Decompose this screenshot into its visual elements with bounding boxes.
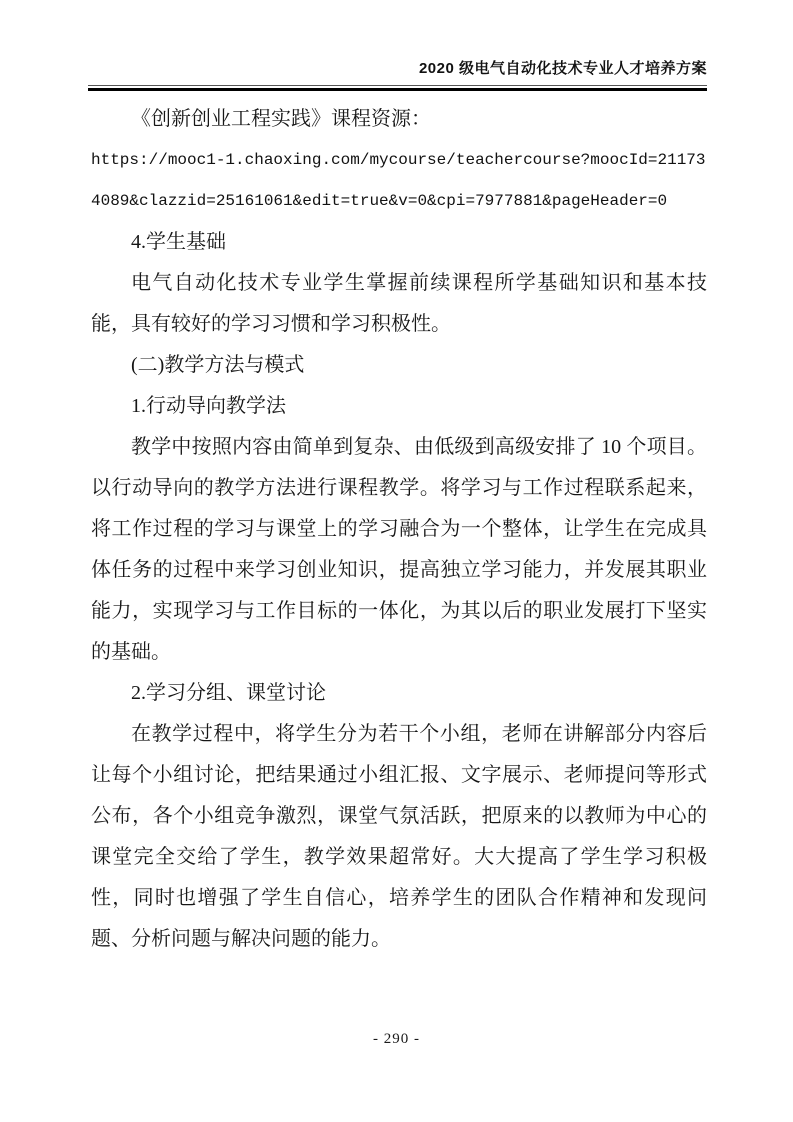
course-resource-label: 《创新创业工程实践》课程资源： [91, 99, 707, 140]
para-student-basis: 电气自动化技术专业学生掌握前续课程所学基础知识和基本技能，具有较好的学习习惯和学… [91, 263, 707, 345]
document-body: 《创新创业工程实践》课程资源：https://mooc1-1.chaoxing.… [91, 99, 707, 960]
course-url: https://mooc1-1.chaoxing.com/mycourse/te… [91, 140, 707, 222]
heading-group-discussion: 2.学习分组、课堂讨论 [91, 673, 707, 714]
heading-teaching-methods: (二)教学方法与模式 [91, 345, 707, 386]
header-divider-rule [88, 85, 707, 91]
running-header-title: 2020 级电气自动化技术专业人才培养方案 [90, 57, 707, 78]
document-page: 2020 级电气自动化技术专业人才培养方案 《创新创业工程实践》课程资源：htt… [0, 0, 793, 1122]
para-group-discussion: 在教学过程中，将学生分为若干个小组，老师在讲解部分内容后让每个小组讨论，把结果通… [91, 714, 707, 960]
heading-student-basis: 4.学生基础 [91, 222, 707, 263]
para-action-oriented-teaching: 教学中按照内容由简单到复杂、由低级到高级安排了 10 个项目。以行动导向的教学方… [91, 427, 707, 673]
heading-action-oriented-teaching: 1.行动导向教学法 [91, 386, 707, 427]
page-number: - 290 - [0, 1028, 793, 1050]
